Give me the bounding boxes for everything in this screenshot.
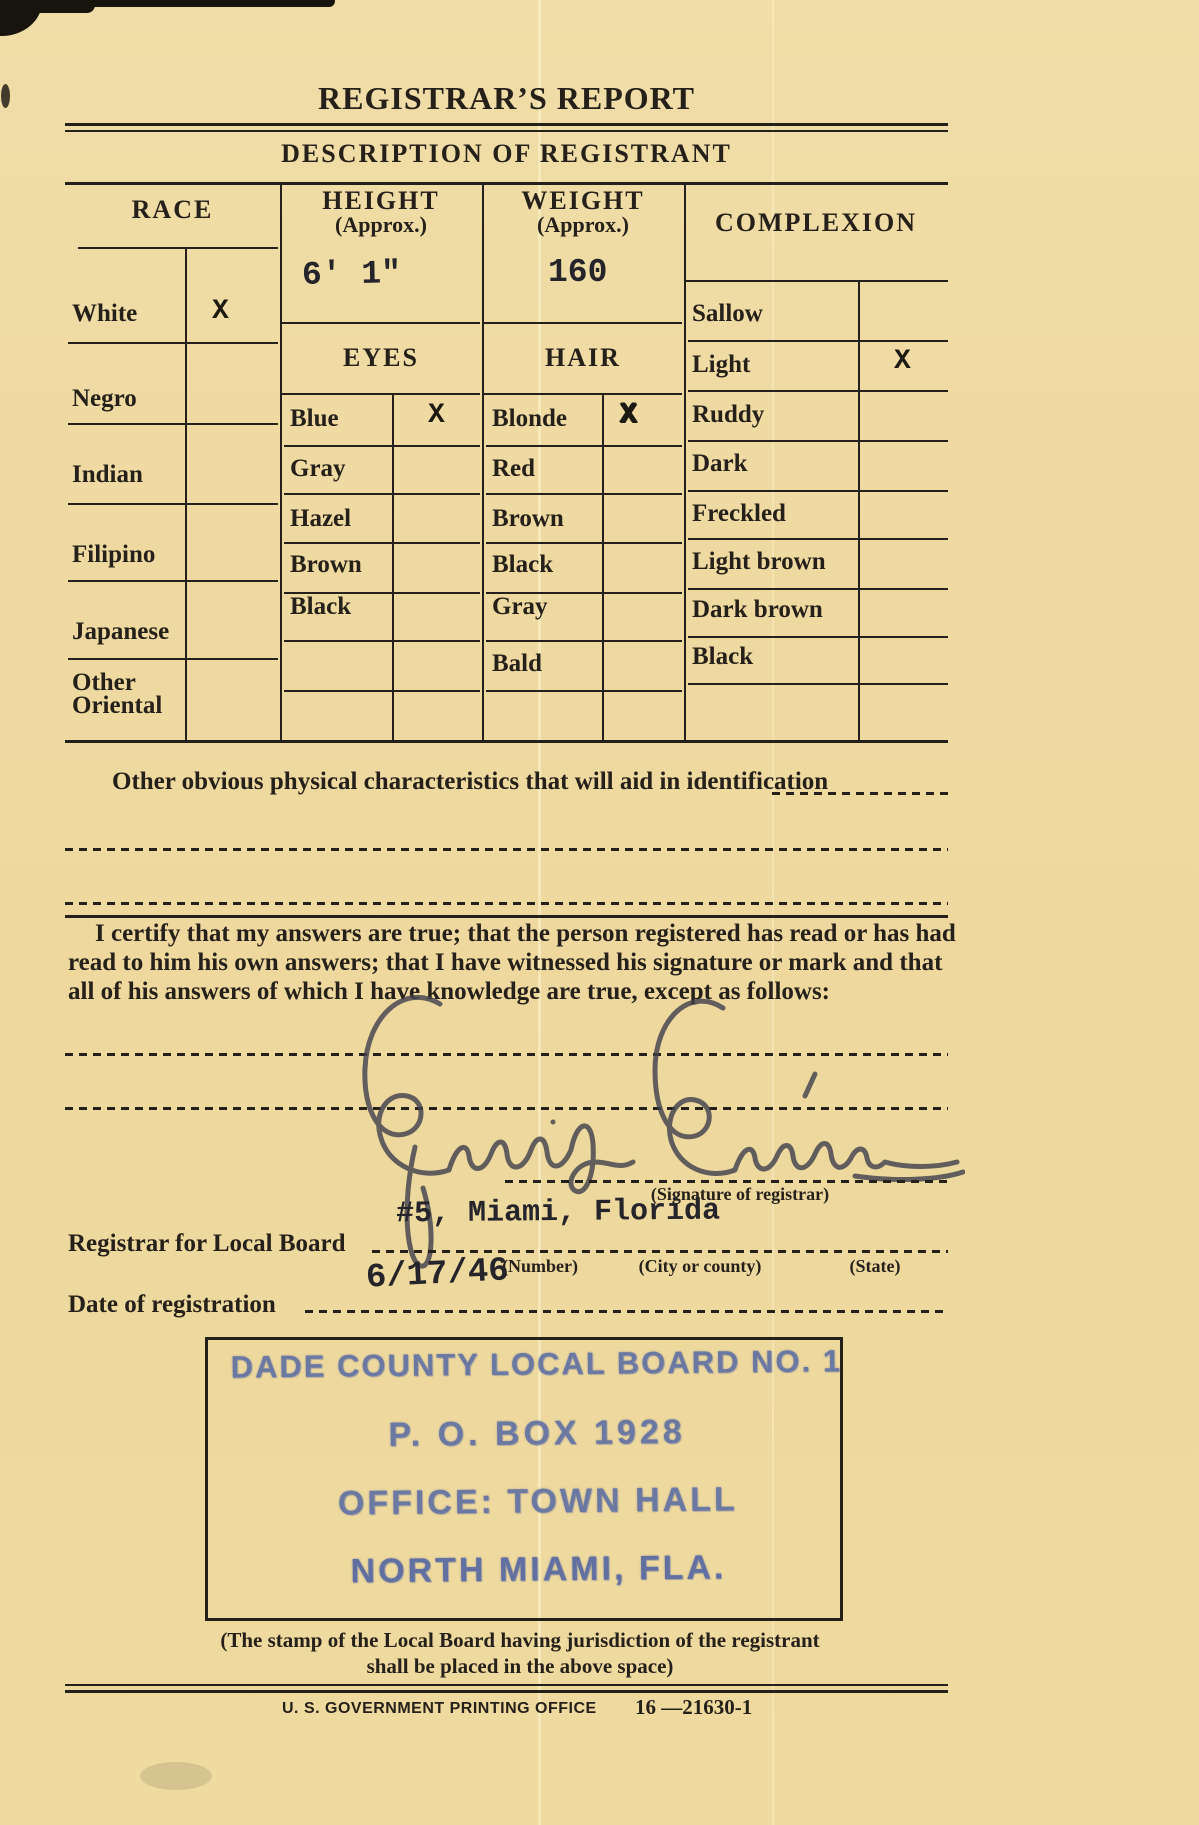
registration-date-label: Date of registration <box>68 1291 276 1319</box>
column-divider <box>684 182 686 740</box>
weight-subheader: (Approx.) <box>484 212 682 238</box>
divider <box>688 390 948 392</box>
race-header: RACE <box>65 195 280 225</box>
divider <box>68 580 278 582</box>
divider <box>78 247 278 249</box>
signature-line <box>505 1180 948 1183</box>
eyes-option-black: Black <box>290 593 351 621</box>
complexion-option-dark: Dark <box>692 450 748 478</box>
divider <box>284 690 480 692</box>
certification-line: I certify that my answers are true; that… <box>95 920 956 948</box>
registration-date-value: 6/17/46 <box>365 1252 510 1297</box>
column-divider <box>280 182 282 740</box>
divider <box>688 683 948 685</box>
other-characteristics-label: Other obvious physical characteristics t… <box>112 768 828 796</box>
divider <box>484 322 682 324</box>
complexion-option-ruddy: Ruddy <box>692 401 764 429</box>
stamp-line-pobox: P. O. BOX 1928 <box>218 1411 856 1457</box>
fill-in-line <box>65 902 948 905</box>
hair-option-bald: Bald <box>492 650 542 678</box>
complexion-option-freckled: Freckled <box>692 500 786 528</box>
stamp-line-city: NORTH MIAMI, FLA. <box>219 1547 857 1593</box>
race-option-white: White <box>72 300 137 328</box>
divider <box>688 340 948 342</box>
divider <box>68 342 278 344</box>
divider <box>68 423 278 425</box>
hair-option-gray: Gray <box>492 593 548 621</box>
stamp-line-office: OFFICE: TOWN HALL <box>219 1479 857 1525</box>
divider <box>486 690 682 692</box>
hair-blonde-mark: X <box>620 400 637 431</box>
complexion-mark-divider <box>858 280 860 740</box>
scan-smudge <box>140 1762 212 1790</box>
footer-rule <box>65 1690 948 1693</box>
complexion-option-dark-brown: Dark brown <box>692 596 823 624</box>
registrars-report-document: REGISTRAR’S REPORT DESCRIPTION OF REGIST… <box>0 0 1199 1825</box>
divider <box>486 542 682 544</box>
height-value: 6' 1" <box>302 255 402 294</box>
race-white-mark: X <box>212 296 229 327</box>
divider <box>68 658 278 660</box>
divider <box>688 538 948 540</box>
form-code: 16 —21630-1 <box>635 1695 752 1720</box>
divider <box>282 322 480 324</box>
fill-in-line <box>65 848 948 851</box>
race-option-filipino: Filipino <box>72 541 155 569</box>
race-option-indian: Indian <box>72 461 143 489</box>
complexion-option-sallow: Sallow <box>692 300 763 328</box>
eyes-option-brown: Brown <box>290 551 362 579</box>
certification-line: read to him his own answers; that I have… <box>68 949 942 977</box>
scan-artifact <box>0 0 95 13</box>
page-subtitle: DESCRIPTION OF REGISTRANT <box>65 139 948 169</box>
divider <box>684 280 948 282</box>
divider <box>688 490 948 492</box>
divider <box>688 588 948 590</box>
registrar-board-line <box>372 1250 948 1253</box>
complexion-option-black: Black <box>692 643 753 671</box>
divider <box>484 393 682 395</box>
hair-header: HAIR <box>484 343 682 373</box>
fill-in-dashes <box>772 792 948 795</box>
complexion-option-light-brown: Light brown <box>692 548 826 576</box>
divider <box>486 493 682 495</box>
hair-option-red: Red <box>492 455 535 483</box>
divider <box>284 640 480 642</box>
stamp-instruction-line1: (The stamp of the Local Board having jur… <box>170 1628 870 1653</box>
eyes-option-hazel: Hazel <box>290 505 351 533</box>
divider <box>486 640 682 642</box>
divider <box>68 503 278 505</box>
race-mark-divider <box>185 247 187 740</box>
hair-option-black: Black <box>492 551 553 579</box>
hair-option-blonde: Blonde <box>492 405 567 433</box>
footer-rule <box>65 1684 948 1686</box>
divider <box>284 542 480 544</box>
height-subheader: (Approx.) <box>282 212 480 238</box>
printer-credit: U. S. GOVERNMENT PRINTING OFFICE <box>282 1700 597 1718</box>
table-top-rule <box>65 182 948 185</box>
divider <box>284 493 480 495</box>
registrar-board-label: Registrar for Local Board <box>68 1230 346 1258</box>
registration-date-line <box>305 1310 948 1313</box>
divider <box>486 445 682 447</box>
page-title: REGISTRAR’S REPORT <box>65 80 948 117</box>
registrar-board-value: #5, Miami, Florida <box>396 1195 720 1232</box>
stamp-line-board: DADE COUNTY LOCAL BOARD NO. 1 <box>217 1343 855 1386</box>
state-caption: (State) <box>815 1256 935 1277</box>
section-rule <box>65 915 948 918</box>
divider <box>688 440 948 442</box>
race-option-japanese: Japanese <box>72 618 169 646</box>
city-county-caption: (City or county) <box>615 1256 785 1277</box>
complexion-light-mark: X <box>894 346 911 377</box>
divider <box>284 445 480 447</box>
divider <box>65 130 948 132</box>
race-option-other-oriental: Other Oriental <box>72 671 187 717</box>
divider <box>65 123 948 126</box>
eyes-option-gray: Gray <box>290 455 346 483</box>
hair-option-brown: Brown <box>492 505 564 533</box>
eyes-option-blue: Blue <box>290 405 339 433</box>
divider <box>688 636 948 638</box>
table-bottom-rule <box>65 740 948 743</box>
weight-value: 160 <box>548 254 607 291</box>
registrar-signature <box>295 982 965 1282</box>
column-divider <box>482 182 484 740</box>
divider <box>282 393 480 395</box>
scan-artifact <box>1 84 10 108</box>
complexion-option-light: Light <box>692 351 750 379</box>
complexion-header: COMPLEXION <box>684 208 948 238</box>
eyes-blue-mark: X <box>428 400 445 431</box>
race-option-negro: Negro <box>72 385 137 413</box>
stamp-instruction-line2: shall be placed in the above space) <box>170 1654 870 1679</box>
eyes-header: EYES <box>282 343 480 373</box>
